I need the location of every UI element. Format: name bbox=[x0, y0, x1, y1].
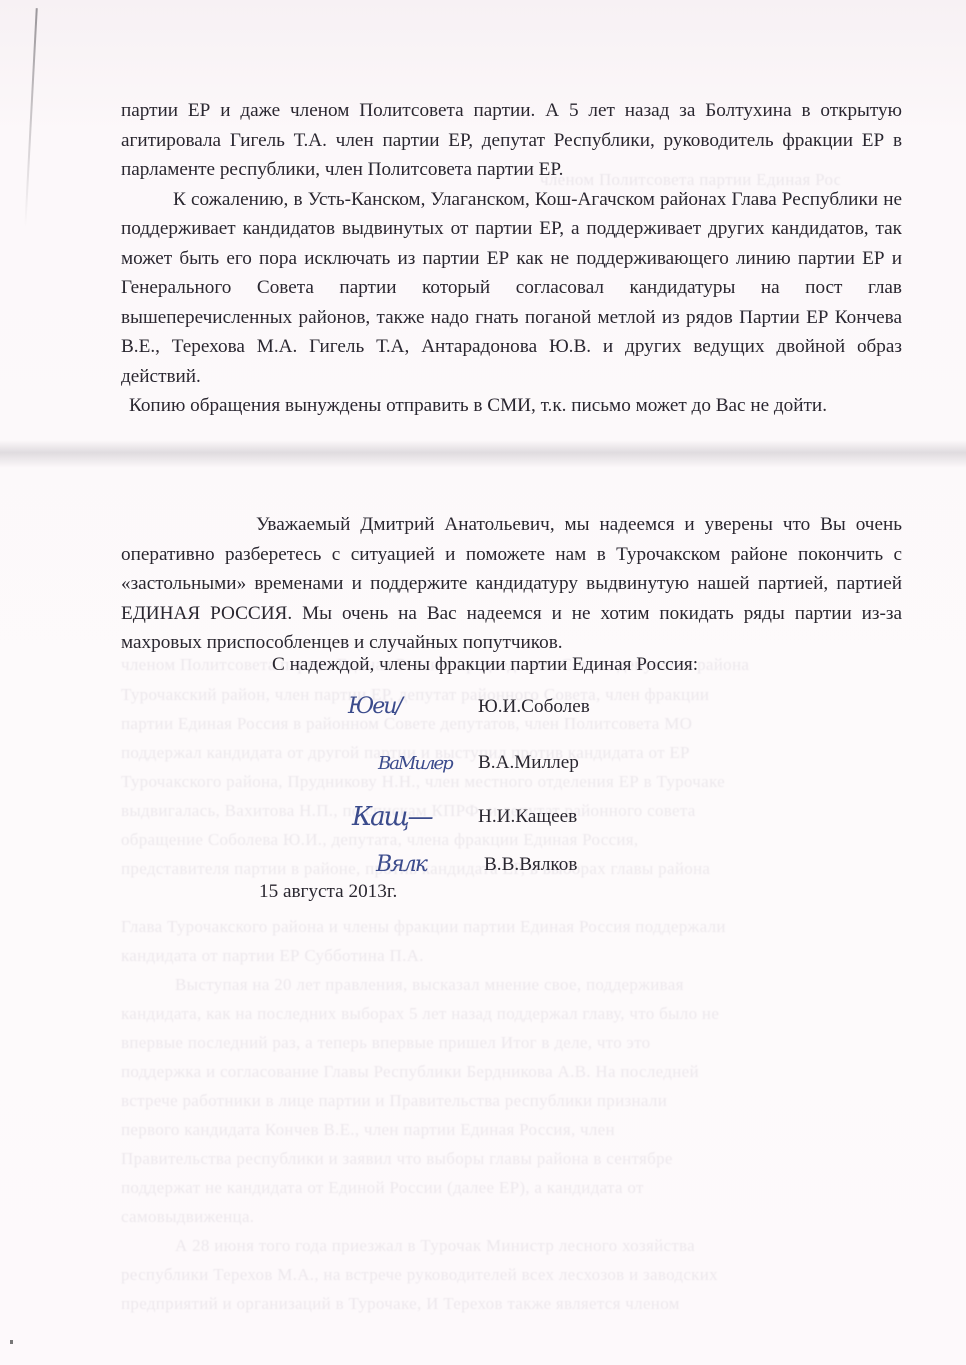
appeal-paragraph-block: Уважаемый Дмитрий Анатольевич, мы надеем… bbox=[121, 510, 902, 658]
signatory-name: В.В.Вялков bbox=[484, 854, 577, 876]
paragraph-1: партии ЕР и даже членом Политсовета парт… bbox=[121, 96, 902, 185]
signatory-row: Кащ— Н.И.Кащеев bbox=[352, 802, 577, 832]
closing-line: С надеждой, члены фракции партии Единая … bbox=[272, 650, 892, 680]
scan-speck bbox=[10, 1340, 13, 1344]
handwritten-signature: Кащ— bbox=[352, 802, 478, 832]
letter-date: 15 августа 2013г. bbox=[259, 877, 559, 907]
letter-body: партии ЕР и даже членом Политсовета парт… bbox=[121, 96, 902, 421]
page-edge-line bbox=[24, 8, 38, 228]
paragraph-2: К сожалению, в Усть-Канском, Улаганском,… bbox=[121, 185, 902, 392]
signatory-row: Вялк В.В.Вялков bbox=[376, 852, 577, 877]
signatory-name: Н.И.Кащеев bbox=[478, 806, 577, 828]
paragraph-3: Копию обращения вынуждены отправить в СМ… bbox=[121, 391, 902, 421]
signatory-row: Юеи/ Ю.И.Соболев bbox=[348, 694, 590, 719]
signatory-name: Ю.И.Соболев bbox=[478, 696, 590, 718]
paragraph-4: Уважаемый Дмитрий Анатольевич, мы надеем… bbox=[121, 510, 902, 658]
handwritten-signature: Юеи/ bbox=[348, 694, 478, 719]
signatory-name: В.А.Миллер bbox=[478, 752, 579, 774]
handwritten-signature: Вялк bbox=[376, 852, 484, 877]
signatory-row: ВаМилер В.А.Миллер bbox=[378, 752, 579, 774]
handwritten-signature: ВаМилер bbox=[378, 753, 478, 774]
scanned-page: членом Политсовета партии Единая Россия,… bbox=[0, 0, 966, 1365]
paper-fold-shadow bbox=[0, 440, 966, 468]
